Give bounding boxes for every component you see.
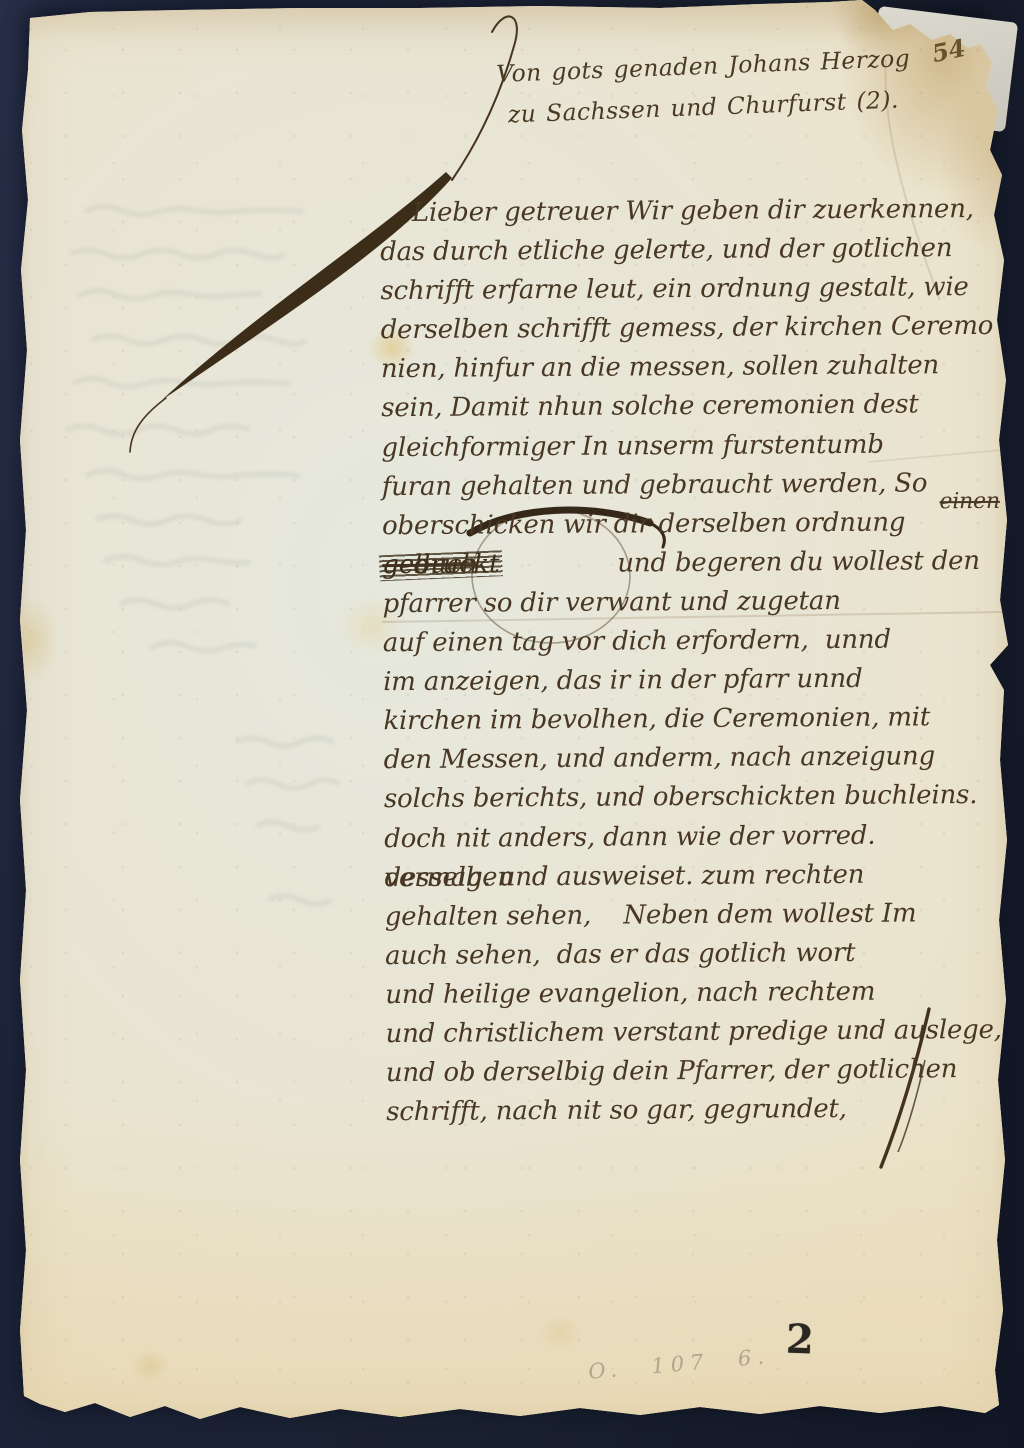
manuscript-line: den Messen, und anderm, nach anzeigung [384, 737, 1006, 780]
line-text: auf einen tag vor dich erfordern, unnd [383, 625, 891, 659]
manuscript-line: solchs berichts, und oberschickten buchl… [384, 776, 1006, 819]
manuscript-line: gleichformiger In unserm furstentumb [381, 424, 1003, 467]
manuscript-line: im anzeigen, das ir in der pfarr unnd [383, 659, 1005, 702]
manuscript-line: auch sehen, das er das gotlich wort [385, 933, 1007, 976]
manuscript-line: und heilige evangelion, nach rechtem [385, 972, 1007, 1015]
manuscript-line: furan gehalten und gebraucht werden, So [382, 463, 1004, 506]
line-text: nien, hinfur an die messen, sollen zuhal… [381, 351, 939, 385]
manuscript-line: schrifft erfarne leut, ein ordnung gesta… [380, 268, 1002, 311]
manuscript-line: und christlichem verstant predige und au… [385, 1011, 1007, 1054]
manuscript-line: das durch etliche gelerte, und der gotli… [380, 229, 1002, 272]
line-text: derselben schrifft gemess, der kirchen C… [381, 311, 994, 345]
line-text: gehalten sehen, Neben dem wollest Im [385, 898, 917, 932]
line-text: oberschicken wir dir derselben ordnung [382, 507, 914, 541]
manuscript-line: sein, Damit nhun solche ceremonien dest [381, 385, 1003, 428]
line-text: das durch etliche gelerte, und der gotli… [380, 233, 952, 267]
line-text: und ob derselbig dein Pfarrer, der gotli… [386, 1054, 958, 1088]
manuscript-line: gehalten sehen, Neben dem wollest Im [385, 894, 1007, 937]
line-text: furan gehalten und gebraucht werden, So [382, 468, 928, 502]
manuscript-line: vermag. und ausweiset. zum rechten [384, 854, 1006, 897]
line-text: und christlichem verstant predige und au… [385, 1015, 1001, 1049]
line-text: schrifft, nach nit so gar, gegrundet, [386, 1094, 847, 1127]
manuscript-line: nien, hinfur an die messen, sollen zuhal… [381, 346, 1003, 389]
manuscript-line: gedrucktund begeren du wollest den [382, 542, 1004, 585]
manuscript-line: auf einen tag vor dich erfordern, unnd [383, 620, 1005, 663]
line-text: sein, Damit nhun solche ceremonien dest [381, 390, 919, 424]
manuscript-line: kirchen im bevolhen, die Ceremonien, mit [383, 698, 1005, 741]
manuscript-line: derselben schrifft gemess, der kirchen C… [381, 307, 1003, 350]
line-text: pfarrer so dir verwant und zugetan [382, 586, 840, 619]
body-text: Lieber getreuer Wir geben dir zuerkennen… [380, 190, 1009, 1133]
line-text: vermag. und ausweiset. zum rechten [384, 859, 864, 892]
interlinear-insertion: einen [939, 482, 1000, 522]
line-text: auch sehen, das er das gotlich wort [385, 938, 856, 971]
manuscript-line: Lieber getreuer Wir geben dir zuerkennen… [380, 190, 1002, 233]
line-text: Lieber getreuer Wir geben dir zuerkennen… [412, 194, 974, 228]
line-text: gleichformiger In unserm furstentumb [381, 429, 883, 463]
manuscript-line: oberschicken wir dir derselben ordnung g… [382, 503, 1004, 546]
address-header: Von gots genaden Johans Herzog zu Sachss… [496, 38, 913, 136]
line-text: schrifft erfarne leut, ein ordnung gesta… [380, 272, 968, 306]
line-text: und begeren du wollest den [617, 546, 980, 579]
scribbled-out-word: gedruckt [382, 549, 499, 580]
manuscript-line: und ob derselbig dein Pfarrer, der gotli… [386, 1050, 1008, 1093]
manuscript-line: schrifft, nach nit so gar, gegrundet, [386, 1089, 1008, 1132]
line-text: den Messen, und anderm, nach anzeigung [384, 742, 936, 776]
line-text: im anzeigen, das ir in der pfarr unnd [383, 664, 863, 697]
manuscript-line: pfarrer so dir verwant und zugetan [382, 581, 1004, 624]
line-text: solchs berichts, und oberschickten buchl… [384, 780, 978, 814]
line-text: und heilige evangelion, nach rechtem [385, 977, 875, 1010]
photograph-background: Von gots genaden Johans Herzog zu Sachss… [0, 0, 1024, 1448]
line-text: kirchen im bevolhen, die Ceremonien, mit [383, 703, 930, 737]
manuscript-line: doch nit anders, dann wie der vorred. de… [384, 815, 1006, 858]
archive-stamp-number: 2 [785, 1316, 814, 1364]
